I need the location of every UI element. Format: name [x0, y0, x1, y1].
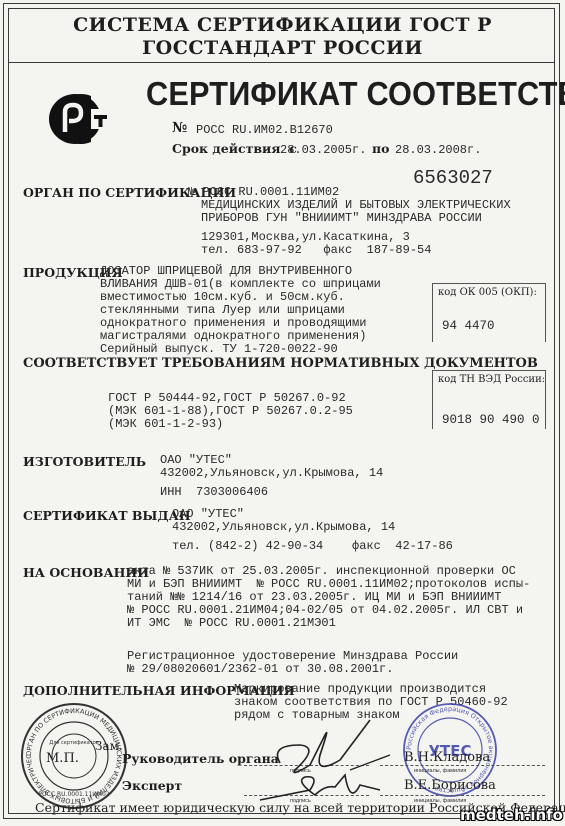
tnved-code-box: код ТН ВЭД России: 9018 90 490 0 — [432, 370, 546, 429]
standard-line: (МЭК 601-1-2-93) — [108, 418, 223, 431]
expert-name-line — [380, 795, 545, 796]
system-title: СИСТЕМА СЕРТИФИКАЦИИ ГОСТ Р — [0, 14, 565, 36]
okp-code-value: 94 4470 — [442, 319, 495, 333]
tnved-code-label: код ТН ВЭД России: — [438, 374, 545, 385]
valid-from: 28.03.2005г. — [280, 143, 366, 157]
head-name: В.Н.Кладова — [404, 750, 490, 765]
registration-line: № 29/08020601/2362-01 от 30.08.2001г. — [127, 663, 393, 676]
name-caption: инициалы, фамилия — [414, 768, 466, 774]
deputy-prefix: Зам. — [95, 739, 123, 753]
watermark: medteh.info — [460, 806, 563, 824]
header-divider — [8, 62, 555, 63]
stamp-place-label: М.П. — [46, 751, 79, 766]
certificate-number: РОСС RU.ИМ02.В12670 — [196, 123, 333, 137]
issued-to-address: 432002,Ульяновск,ул.Крымова, 14 — [172, 521, 395, 534]
validity-to-label: по — [372, 141, 390, 156]
certification-body-line: ПРИБОРОВ ГУН "ВНИИИМТ" МИНЗДРАВА РОССИИ — [201, 212, 482, 225]
number-label: № — [172, 120, 187, 136]
serial-number: 6563027 — [413, 167, 493, 189]
svg-text:Для сертификатов: Для сертификатов — [49, 740, 98, 746]
agency-title: ГОССТАНДАРТ РОССИИ — [0, 37, 565, 59]
svg-text:РОСС RU.0001.11ИМ02: РОСС RU.0001.11ИМ02 — [38, 791, 109, 798]
rst-mark-icon — [47, 92, 117, 146]
certification-body-phone: тел. 683-97-92 факс 187-89-54 — [201, 244, 431, 257]
validity-label: Срок действия с — [172, 141, 297, 156]
manufacturer-address: 432002,Ульяновск,ул.Крымова, 14 — [160, 467, 383, 480]
expert-name: В.Е.Борисова — [404, 778, 496, 793]
basis-line: ИТ ЭМС № РОСС RU.0001.21МЭ01 — [127, 617, 336, 630]
certificate-title: СЕРТИФИКАТ СООТВЕТСТВИЯ — [146, 75, 565, 113]
manufacturer-inn: ИНН 7303006406 — [160, 486, 268, 499]
product-line: Серийный выпуск. ТУ 1-720-0022-90 — [100, 343, 338, 356]
okp-code-box: код ОК 005 (ОКП): 94 4470 — [432, 283, 546, 342]
head-name-line — [380, 765, 545, 766]
manufacturer-label: ИЗГОТОВИТЕЛЬ — [23, 454, 146, 469]
expert-label: Эксперт — [122, 778, 182, 793]
issued-to-label: СЕРТИФИКАТ ВЫДАН — [23, 508, 191, 523]
valid-to: 28.03.2008г. — [395, 143, 481, 157]
issued-to-phone: тел. (842-2) 42-90-34 факс 42-17-86 — [172, 540, 453, 553]
okp-code-label: код ОК 005 (ОКП): — [438, 287, 537, 298]
tnved-code-value: 9018 90 490 0 — [442, 413, 540, 427]
compliance-label: СООТВЕТСТВУЕТ ТРЕБОВАНИЯМ НОРМАТИВНЫХ ДО… — [23, 356, 538, 371]
